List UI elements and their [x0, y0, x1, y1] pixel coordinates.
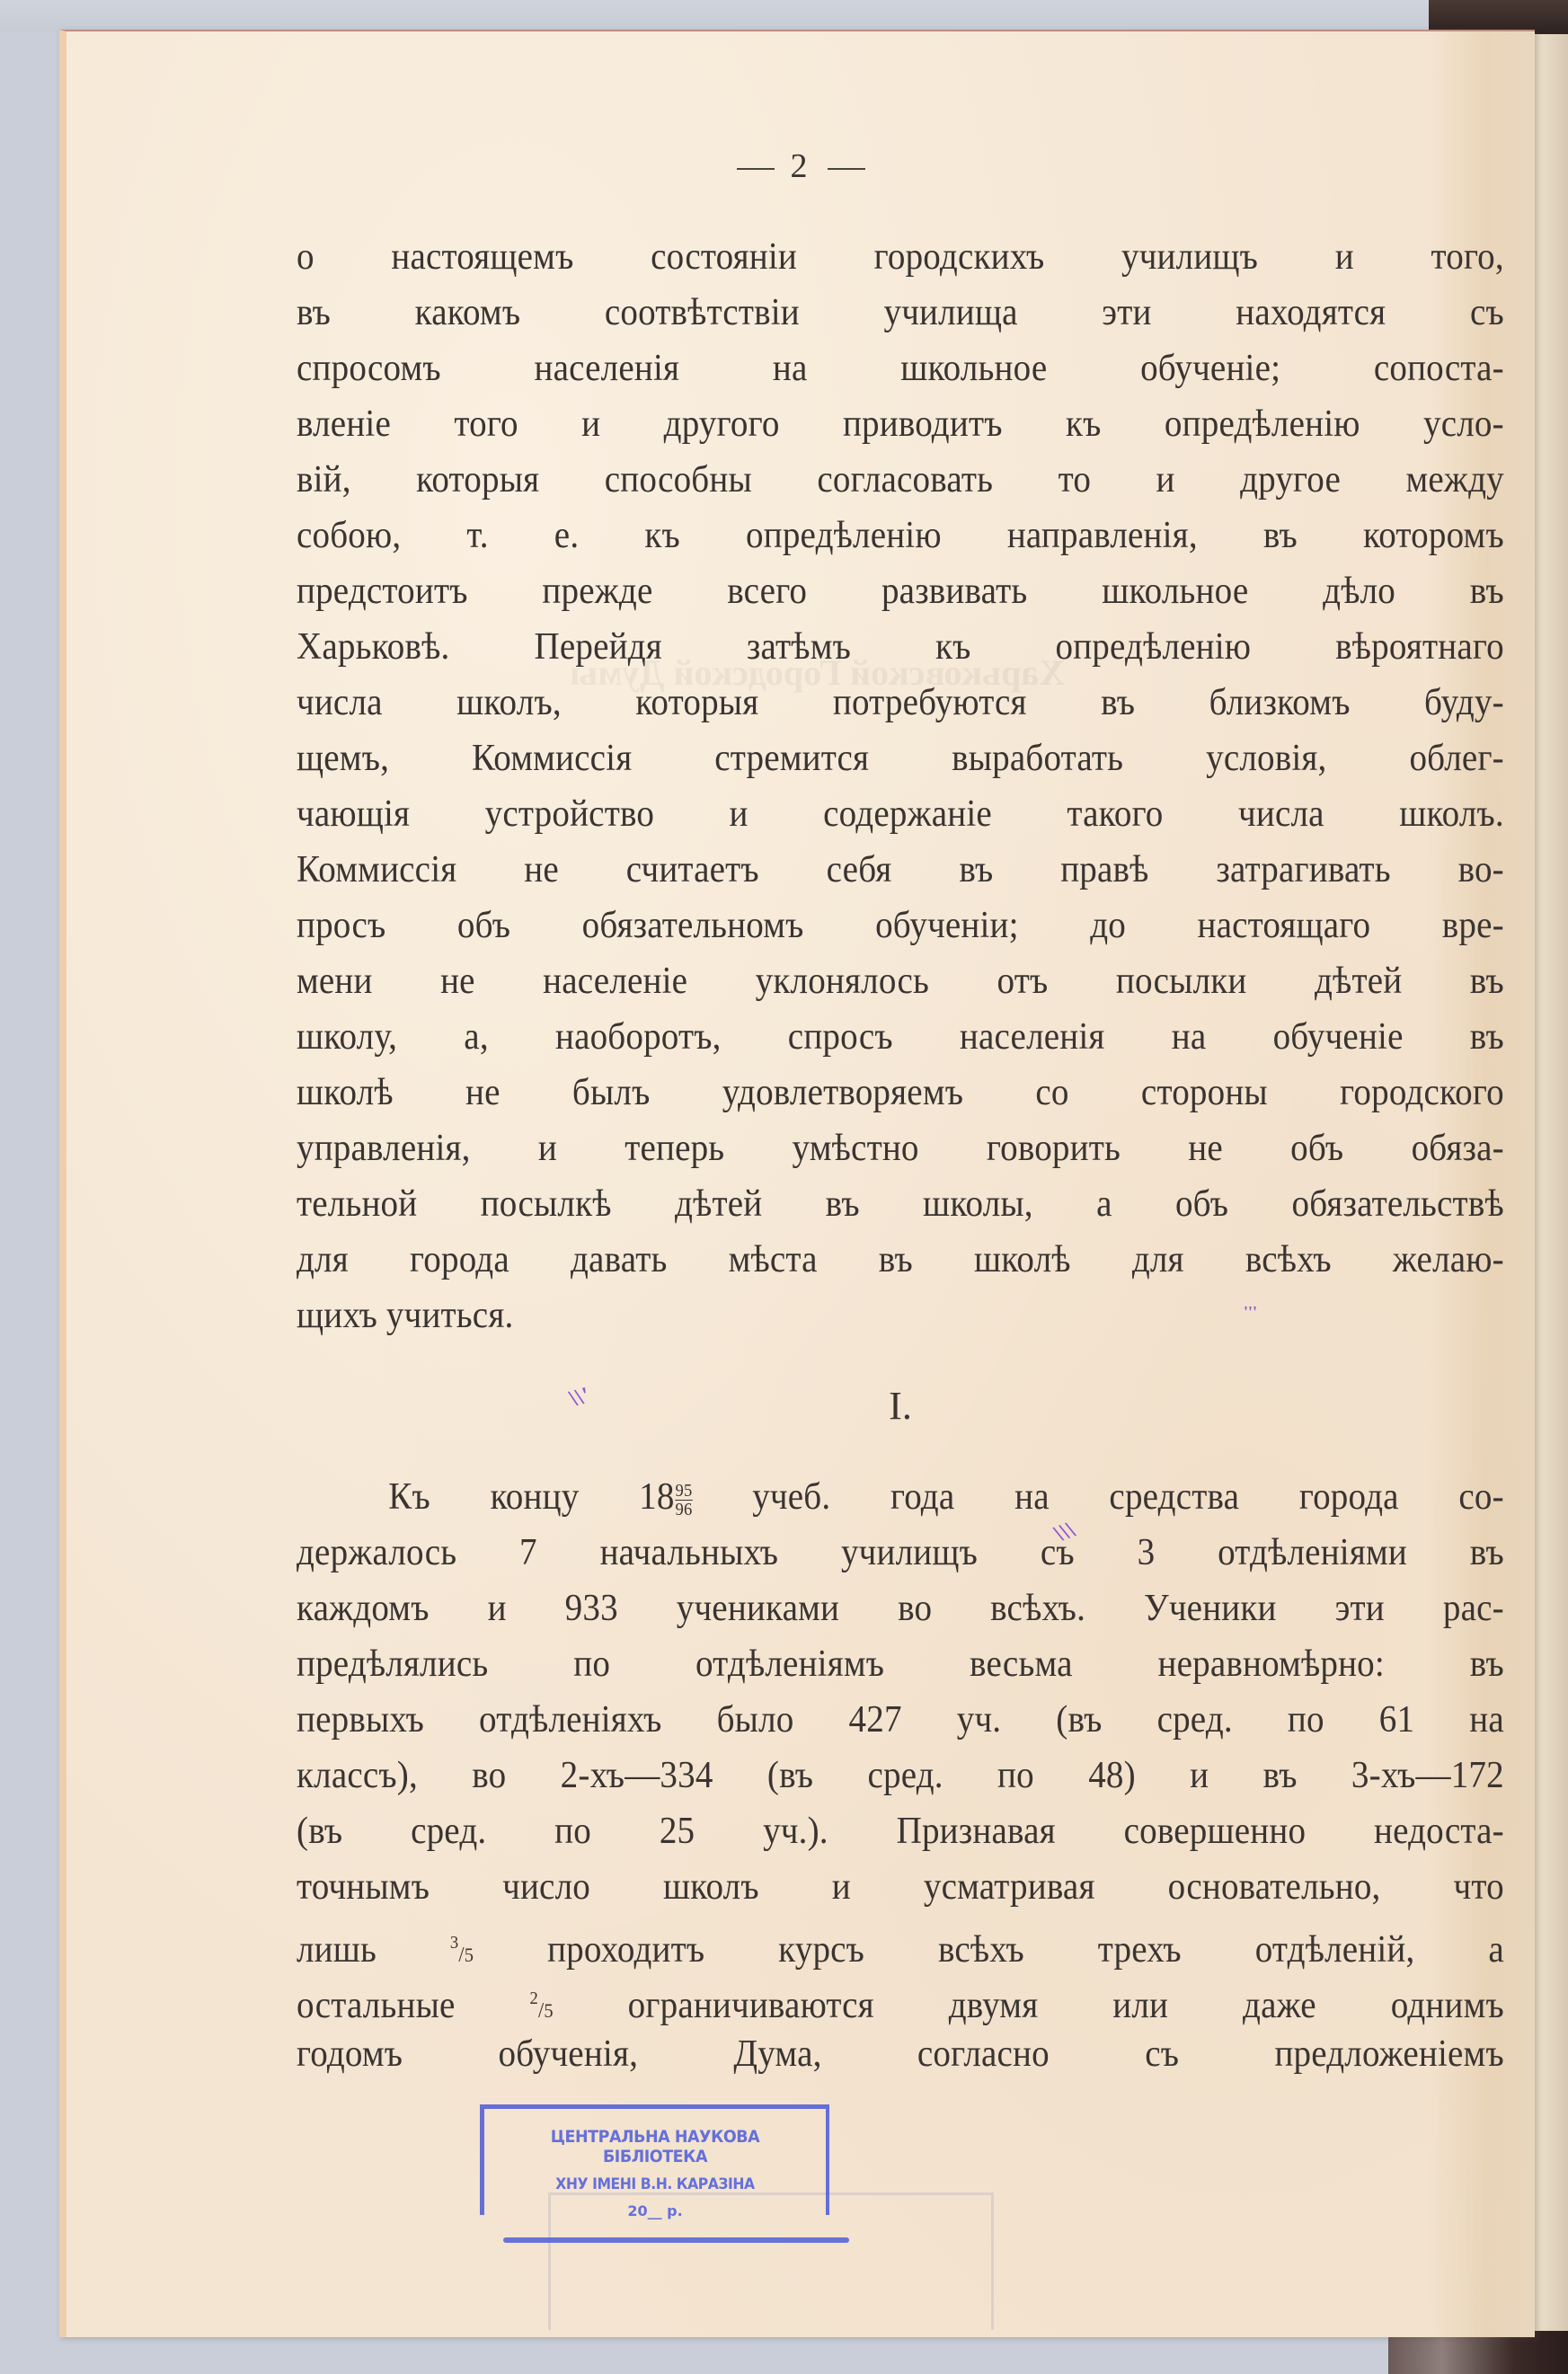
- text-line: каждомъ и 933 учениками во всѣхъ. Ученик…: [297, 1581, 1504, 1636]
- page-number: 2: [66, 146, 1535, 186]
- text-line: школу, а, наоборотъ, спросъ населенiя на…: [297, 1009, 1504, 1065]
- text-line: о настоящемъ состоянiи городскихъ училищ…: [297, 229, 1504, 285]
- fraction-denominator: 5: [465, 1944, 474, 1966]
- ink-smudge: ''': [1244, 1303, 1257, 1322]
- text-line: предстоитъ прежде всего развивать школьн…: [297, 563, 1504, 619]
- year-fraction: 9596: [676, 1482, 693, 1519]
- page-number-dash-right: [828, 168, 865, 170]
- text-line: Коммиссiя не считаетъ себя въ правѣ затр…: [297, 842, 1504, 898]
- text-line: (въ сред. по 25 уч.). Признавая совершен…: [297, 1803, 1504, 1859]
- document-page: Харьковской Городской Думы 2 о настоящем…: [59, 30, 1535, 2337]
- paragraph-1: о настоящемъ состоянiи городскихъ училищ…: [297, 229, 1504, 1343]
- text-line: школѣ не былъ удовлетворяемъ со стороны …: [297, 1065, 1504, 1121]
- text-line-first: Къ концу 189596 учеб. года на средства г…: [297, 1469, 1504, 1525]
- section-heading: I.: [297, 1343, 1504, 1469]
- fraction-denominator: 5: [544, 1999, 553, 2022]
- scan-dark-corner-bottom: [1388, 2331, 1568, 2374]
- text-line: управленiя, и теперь умѣстно говорить не…: [297, 1121, 1504, 1176]
- text-fragment: ограничиваются двумя или даже однимъ: [554, 1985, 1504, 2026]
- text-line: годомъ обученiя, Дума, согласно съ предл…: [297, 2026, 1504, 2082]
- library-stamp: ЦЕНТРАЛЬНА НАУКОВА БІБЛІОТЕКА ХНУ ІМЕНІ …: [480, 2104, 829, 2215]
- text-line: въ какомъ соотвѣтствiи училища эти наход…: [297, 285, 1504, 341]
- text-line: Харьковѣ. Перейдя затѣмъ къ опредѣленiю …: [297, 619, 1504, 675]
- page-number-dash-left: [737, 168, 775, 170]
- text-line: вленiе того и другого приводитъ къ опред…: [297, 396, 1504, 452]
- fraction-numerator: 2: [529, 1989, 537, 2008]
- stamp-library-name: ЦЕНТРАЛЬНА НАУКОВА БІБЛІОТЕКА: [498, 2127, 812, 2166]
- body-text: о настоящемъ состоянiи городскихъ училищ…: [297, 229, 1504, 2082]
- text-line: точнымъ число школъ и усматривая основат…: [297, 1859, 1504, 1915]
- text-line-with-fraction: остальные 2/5 ограничиваются двумя или д…: [297, 1971, 1504, 2026]
- text-line: держалось 7 начальныхъ училищъ съ 3 отдѣ…: [297, 1525, 1504, 1581]
- text-line: тельной посылкѣ дѣтей въ школы, а объ об…: [297, 1176, 1504, 1232]
- text-line: вiй, которыя способны согласовать то и д…: [297, 452, 1504, 508]
- text-fragment: Къ концу 18: [388, 1476, 674, 1518]
- text-line: щемъ, Коммиссiя стремится выработать усл…: [297, 731, 1504, 786]
- text-fragment: учеб. года на средства города со-: [692, 1476, 1503, 1518]
- text-line: щихъ учиться.: [297, 1288, 1504, 1343]
- text-line: спросомъ населенiя на школьное обученiе;…: [297, 341, 1504, 396]
- text-fragment: проходитъ курсъ всѣхъ трехъ отдѣленiй, а: [474, 1929, 1504, 1971]
- text-line: собою, т. е. къ опредѣленiю направленiя,…: [297, 508, 1504, 563]
- stamp-underline: [503, 2237, 849, 2243]
- text-fragment: лишь: [297, 1929, 450, 1971]
- text-line: чающiя устройство и содержанiе такого чи…: [297, 786, 1504, 842]
- text-line: классъ), во 2-хъ—334 (въ сред. по 48) и …: [297, 1748, 1504, 1803]
- text-line: предѣлялись по отдѣленiямъ весьма неравн…: [297, 1636, 1504, 1692]
- page-number-value: 2: [791, 147, 811, 185]
- stamp-year: 20__ р.: [484, 2202, 826, 2219]
- text-line: числа школъ, которыя потребуются въ близ…: [297, 675, 1504, 731]
- text-line: просъ объ обязательномъ обученiи; до нас…: [297, 898, 1504, 953]
- text-line: мени не населенiе уклонялось отъ посылки…: [297, 953, 1504, 1009]
- paragraph-2: Къ концу 189596 учеб. года на средства г…: [297, 1469, 1504, 2082]
- scan-background-top: [0, 0, 1568, 32]
- fraction-denominator: 96: [676, 1501, 693, 1519]
- text-fragment: остальные: [297, 1985, 529, 2026]
- stamp-university-name: ХНУ ІМЕНІ В.Н. КАРАЗІНА: [498, 2175, 812, 2193]
- fraction-numerator: 3: [450, 1933, 458, 1953]
- fraction-numerator: 95: [676, 1482, 693, 1501]
- text-line-with-fraction: лишь 3/5 проходитъ курсъ всѣхъ трехъ отд…: [297, 1915, 1504, 1971]
- text-line: первыхъ отдѣленiяхъ было 427 уч. (въ сре…: [297, 1692, 1504, 1748]
- text-line: для города давать мѣста въ школѣ для всѣ…: [297, 1232, 1504, 1288]
